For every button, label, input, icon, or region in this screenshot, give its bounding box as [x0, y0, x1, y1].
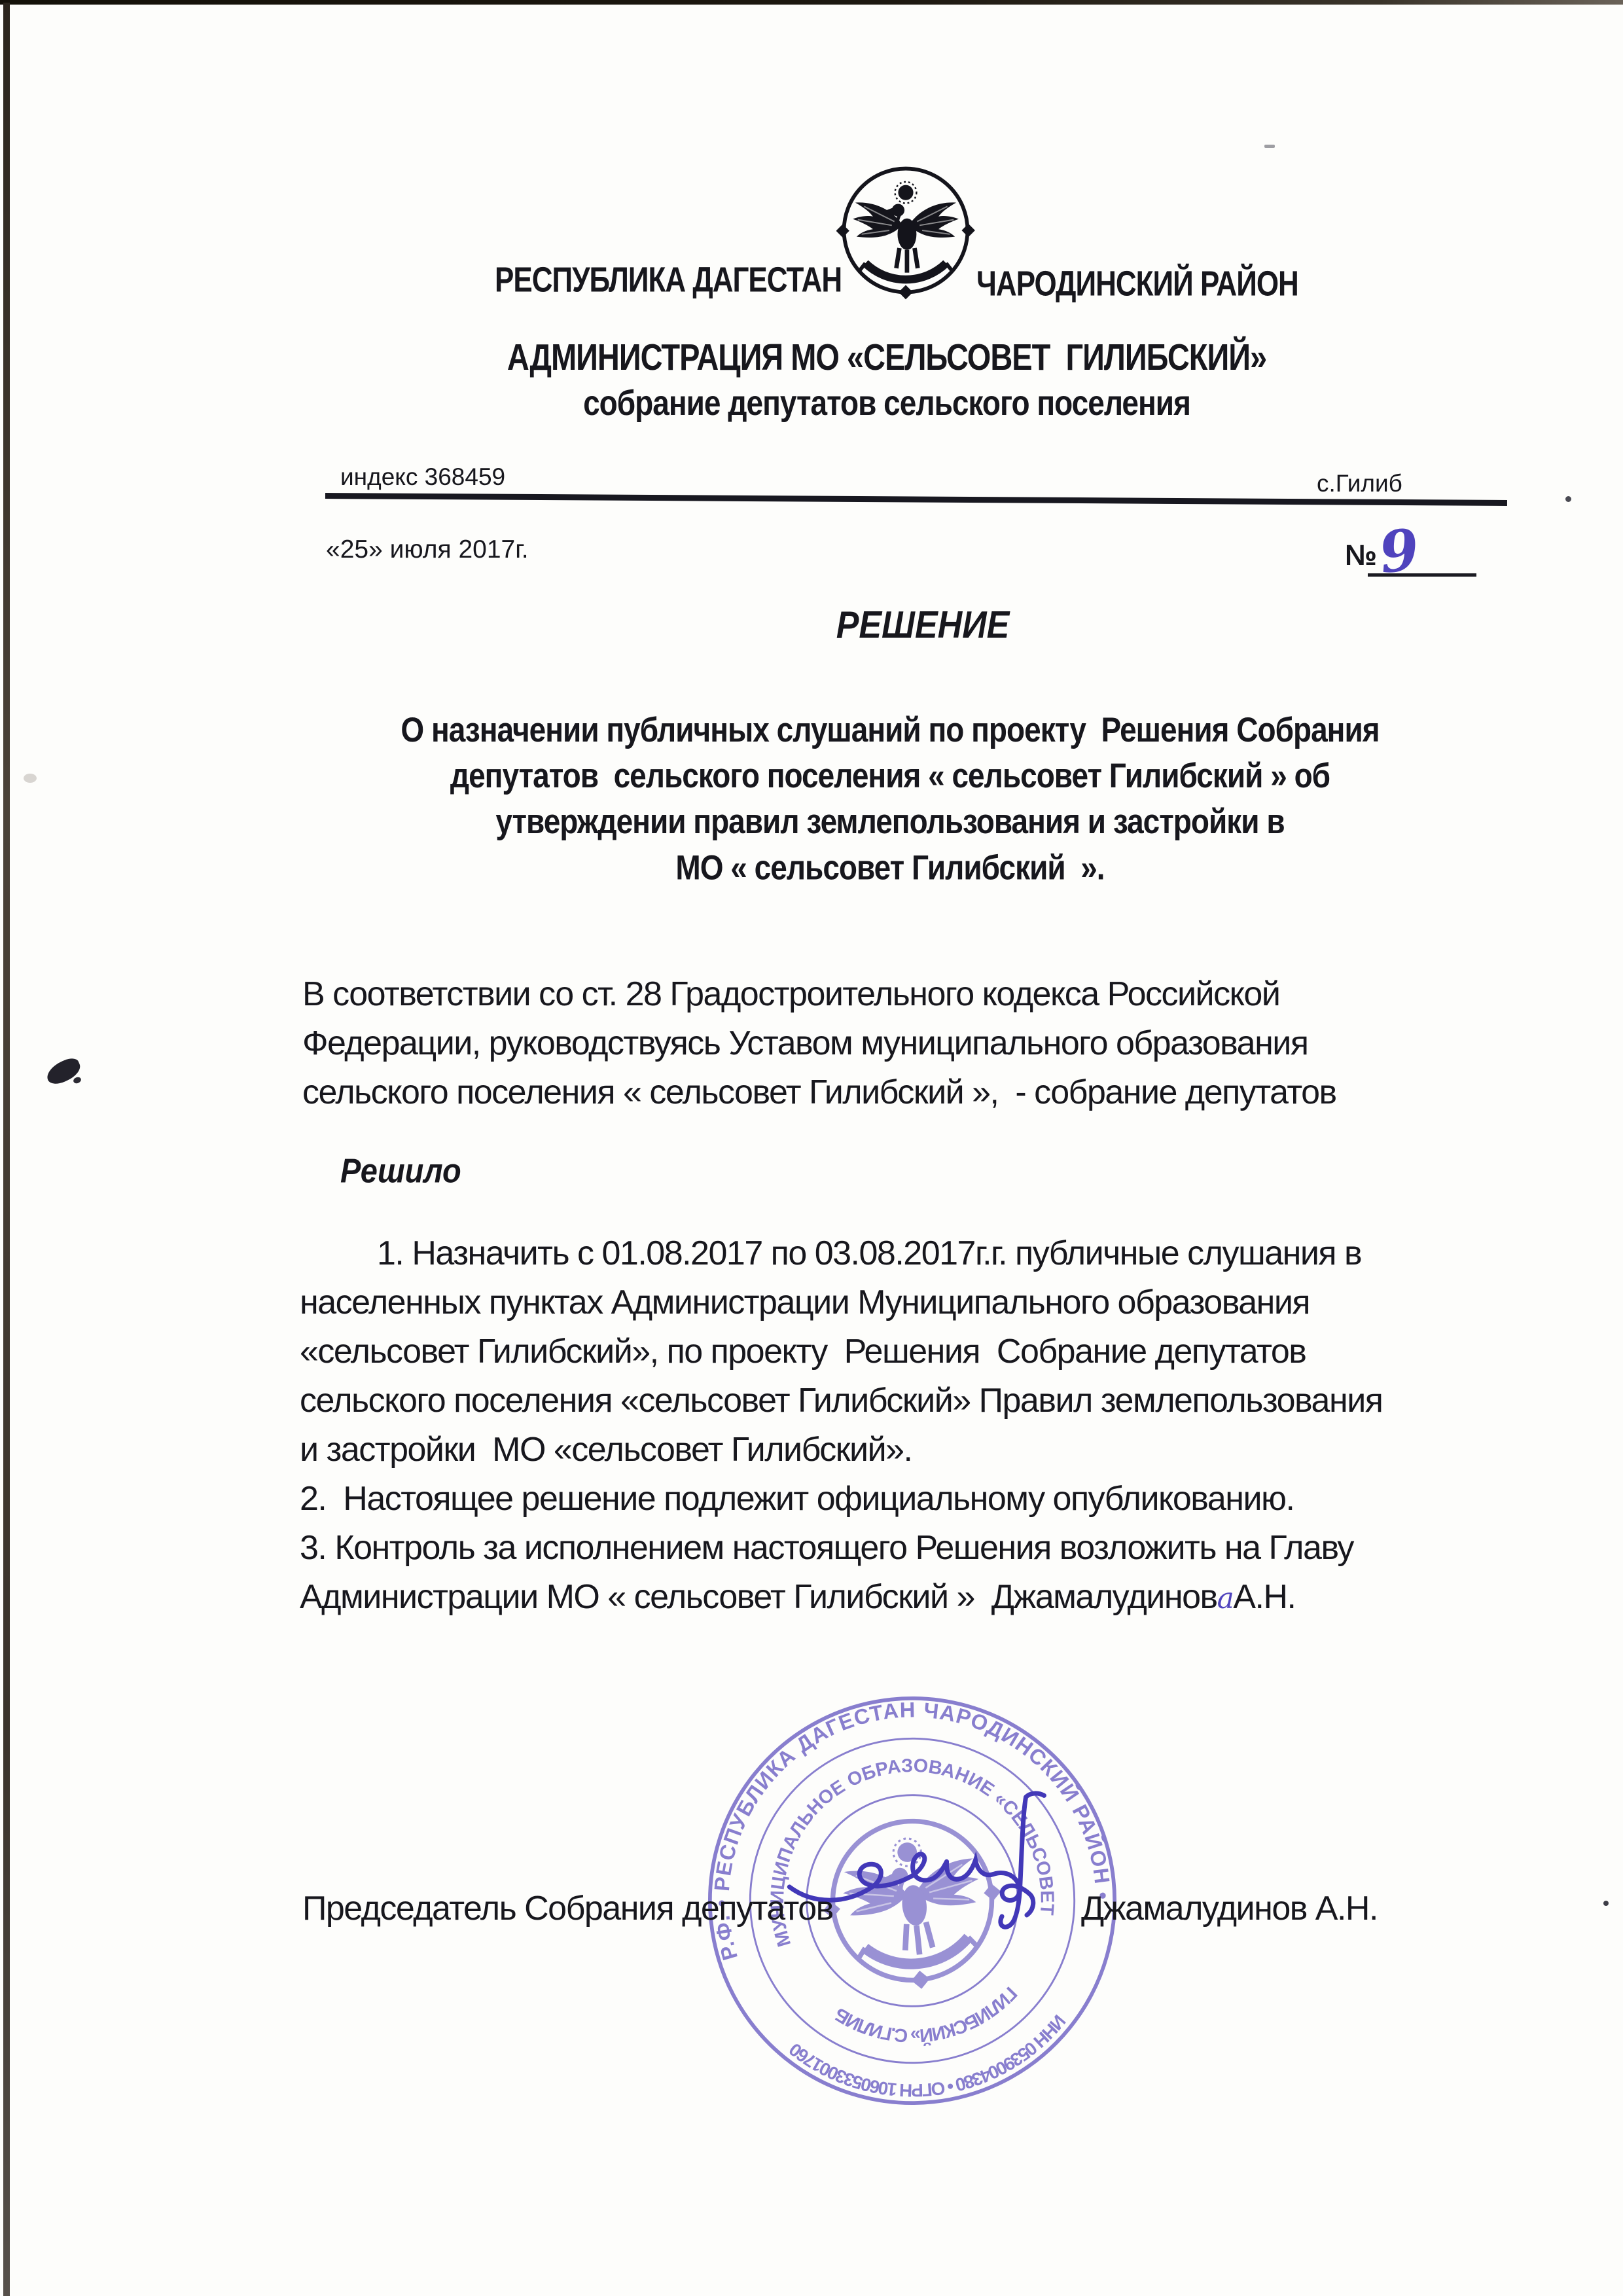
body-line: В соответствии со ст. 28 Градостроительн…	[302, 970, 1467, 1019]
preamble-paragraph: В соответствии со ст. 28 Градостроительн…	[302, 970, 1467, 1117]
subject-line: утверждении правил землепользования и за…	[314, 798, 1466, 844]
document-date: «25» июля 2017г.	[326, 535, 529, 564]
document-number-label: №	[1345, 539, 1377, 572]
svg-text:ГИЛИБСКИЙ» С.ГИЛИБ: ГИЛИБСКИЙ» С.ГИЛИБ	[827, 1981, 1025, 2056]
item-line: Администрации МО « сельсовет Гилибский »…	[300, 1573, 1471, 1623]
subject-line: О назначении публичных слушаний по проек…	[314, 707, 1466, 753]
signatory-role: Председатель Собрания депутатов	[302, 1889, 833, 1928]
subject-block: О назначении публичных слушаний по проек…	[314, 707, 1466, 891]
handwritten-signature-icon	[780, 1786, 1122, 1973]
blue-pen-mark: а	[1217, 1582, 1234, 1615]
document-title: РЕШЕНИЕ	[366, 603, 1479, 647]
decision-items: 1. Назначить с 01.08.2017 по 03.08.2017г…	[300, 1229, 1471, 1623]
item-line: сельского поселения «сельсовет Гилибский…	[300, 1376, 1471, 1426]
resolved-heading: Решило	[340, 1151, 461, 1191]
postal-index: индекс 368459	[340, 463, 505, 491]
header-organization-sub: собрание депутатов сельского поселения	[298, 382, 1476, 423]
item-line-tail: А.Н.	[1233, 1578, 1295, 1616]
header-district: ЧАРОДИНСКИЙ РАЙОН	[976, 264, 1298, 304]
header-region: РЕСПУБЛИКА ДАГЕСТАН	[495, 260, 842, 300]
dagestan-coat-of-arms-icon	[836, 161, 975, 300]
scan-speck	[1603, 1901, 1609, 1906]
item-line: 1. Назначить с 01.08.2017 по 03.08.2017г…	[300, 1229, 1471, 1278]
item-line: 3. Контроль за исполнением настоящего Ре…	[300, 1524, 1471, 1573]
handwritten-number: 9	[1376, 516, 1423, 587]
scanned-document-page: РЕСПУБЛИКА ДАГЕСТАН ЧАРОДИНСКИЙ РАЙОН АД…	[0, 0, 1623, 2296]
body-line: сельского поселения « сельсовет Гилибски…	[302, 1068, 1467, 1117]
scan-edge-left	[3, 3, 10, 2296]
ink-blot-small	[73, 1076, 82, 1085]
item-line: «сельсовет Гилибский», по проекту Решени…	[300, 1327, 1471, 1376]
stamp-inner-bottom-text: ГИЛИБСКИЙ» С.ГИЛИБ	[827, 1981, 1025, 2056]
scan-speck	[1565, 496, 1571, 502]
header-organization: АДМИНИСТРАЦИЯ МО «СЕЛЬСОВЕТ ГИЛИБСКИЙ»	[298, 335, 1476, 378]
item-line: и застройки МО «сельсовет Гилибский».	[300, 1426, 1471, 1475]
subject-line: депутатов сельского поселения « сельсове…	[314, 753, 1466, 798]
item-line: населенных пунктах Администрации Муницип…	[300, 1278, 1471, 1327]
item-line-text: Администрации МО « сельсовет Гилибский »…	[300, 1578, 1217, 1616]
item-line: 2. Настоящее решение подлежит официально…	[300, 1475, 1471, 1524]
body-line: Федерации, руководствуясь Уставом муници…	[302, 1019, 1467, 1068]
scan-edge-top	[0, 0, 1623, 5]
place-name: с.Гилиб	[1317, 470, 1402, 497]
scan-speck	[24, 774, 37, 783]
scan-speck	[1264, 145, 1275, 148]
subject-line: МО « сельсовет Гилибский ».	[314, 844, 1466, 890]
signatory-name: Джамалудинов А.Н.	[1081, 1889, 1378, 1928]
